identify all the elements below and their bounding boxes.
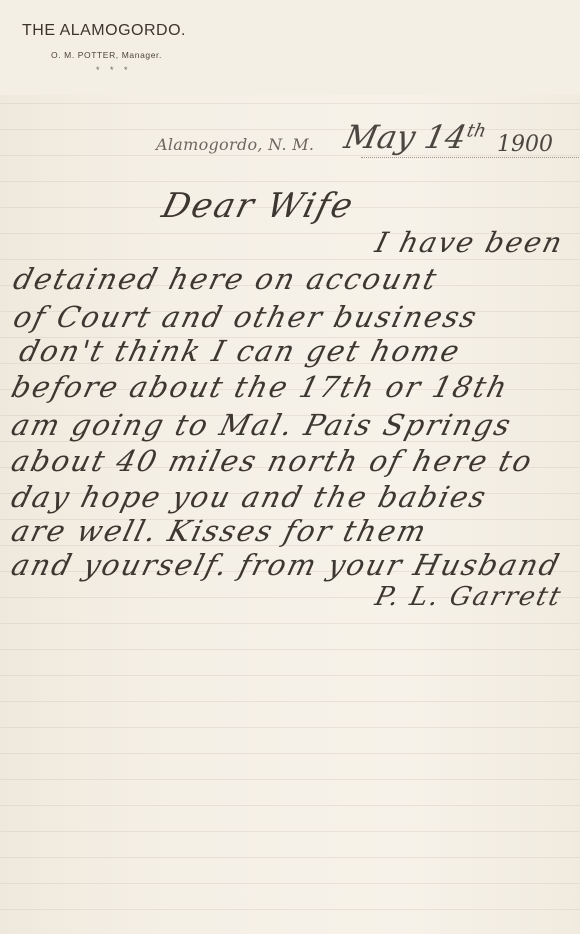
letter-line-10: and yourself. from your Husband: [8, 548, 564, 582]
letter-line-9: are well. Kisses for them: [8, 514, 431, 548]
letterhead-manager: O. M. POTTER, Manager.: [51, 50, 162, 60]
letter-line-8: day hope you and the babies: [8, 480, 491, 514]
letter-line-4: don't think I can get home: [16, 334, 465, 368]
letter-line-3: of Court and other business: [10, 300, 482, 334]
signature: P. L. Garrett: [372, 582, 565, 612]
handwritten-date: May 14th: [341, 118, 489, 156]
handwritten-year: 1900: [497, 132, 553, 157]
salutation: Dear Wife: [158, 186, 359, 226]
letter-line-6: am going to Mal. Pais Springs: [8, 408, 516, 442]
letterhead-title: THE ALAMOGORDO.: [22, 22, 186, 40]
dateline-place: Alamogordo, N. M.: [156, 135, 314, 154]
letterhead-ornament: * * *: [96, 65, 132, 75]
letterhead-area: [0, 0, 580, 95]
letter-line-5: before about the 17th or 18th: [8, 370, 512, 404]
dateline: Alamogordo, N. M.: [156, 135, 314, 154]
letter-line-7: about 40 miles north of here to: [8, 444, 537, 478]
date-month-day: May 14: [341, 118, 470, 156]
letter-line-1: I have been: [372, 226, 567, 259]
letter-line-2: detained here on account: [10, 262, 442, 296]
dateline-dotted-rule: [361, 157, 580, 158]
